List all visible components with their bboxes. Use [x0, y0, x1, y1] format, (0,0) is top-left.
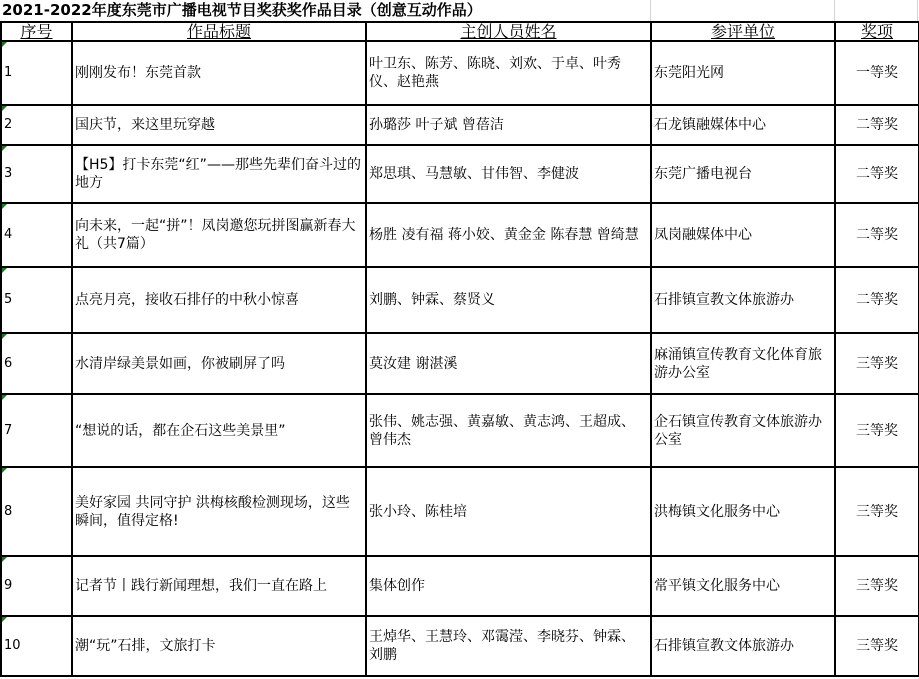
- cell-index[interactable]: 6: [1, 333, 72, 394]
- table-row: 1 刚刚发布！东莞首款 叶卫东、陈芳、陈晓、刘欢、于卓、叶秀仪、赵艳燕 东莞阳光…: [1, 41, 919, 105]
- cell-creators[interactable]: 莫汝建 谢湛溪: [366, 333, 651, 394]
- cell-creators[interactable]: 刘鹏、钟霖、蔡贤义: [366, 267, 651, 333]
- table-row: 6 水清岸绿美景如画，你被刷屏了吗 莫汝建 谢湛溪 麻涌镇宣传教育文化体育旅游办…: [1, 333, 919, 394]
- cell-award[interactable]: 三等奖: [835, 616, 919, 676]
- cell-work-title[interactable]: 国庆节，来这里玩穿越: [72, 105, 366, 145]
- cell-work-title[interactable]: 向未来，一起“拼”！凤岗邀您玩拼图赢新春大礼（共7篇）: [72, 203, 366, 267]
- cell-unit[interactable]: 洪梅镇文化服务中心: [651, 467, 835, 556]
- table-row: 2 国庆节，来这里玩穿越 孙璐莎 叶子斌 曾蓓洁 石龙镇融媒体中心 二等奖: [1, 105, 919, 145]
- cell-award[interactable]: 二等奖: [835, 105, 919, 145]
- cell-creators[interactable]: 杨胜 凌有福 蒋小姣、黄金金 陈春慧 曾绮慧: [366, 203, 651, 267]
- header-work-title[interactable]: 作品标题: [72, 22, 366, 41]
- cell-creators[interactable]: 郑思琪、马慧敏、甘伟智、李健波: [366, 145, 651, 203]
- cell-unit[interactable]: 麻涌镇宣传教育文化体育旅游办公室: [651, 333, 835, 394]
- table-row: 7 “想说的话，都在企石这些美景里” 张伟、姚志强、黄嘉敏、黄志鸿、王超成、曾伟…: [1, 394, 919, 467]
- cell-award[interactable]: 三等奖: [835, 467, 919, 556]
- cell-work-title[interactable]: 记者节丨践行新闻理想，我们一直在路上: [72, 556, 366, 616]
- sheet-title-row: 2021-2022年度东莞市广播电视节目奖获奖作品目录（创意互动作品）: [0, 0, 919, 22]
- cell-award[interactable]: 三等奖: [835, 333, 919, 394]
- table-row: 3 【H5】打卡东莞“红”——那些先辈们奋斗过的地方 郑思琪、马慧敏、甘伟智、李…: [1, 145, 919, 203]
- cell-work-title[interactable]: “想说的话，都在企石这些美景里”: [72, 394, 366, 467]
- cell-award[interactable]: 三等奖: [835, 556, 919, 616]
- table-row: 4 向未来，一起“拼”！凤岗邀您玩拼图赢新春大礼（共7篇） 杨胜 凌有福 蒋小姣…: [1, 203, 919, 267]
- awards-table: 序号 作品标题 主创人员姓名 参评单位 奖项 1 刚刚发布！东莞首款 叶卫东、陈…: [0, 21, 919, 677]
- cell-award[interactable]: 一等奖: [835, 41, 919, 105]
- cell-unit[interactable]: 石排镇宣教文体旅游办: [651, 616, 835, 676]
- cell-creators[interactable]: 张伟、姚志强、黄嘉敏、黄志鸿、王超成、曾伟杰: [366, 394, 651, 467]
- cell-unit[interactable]: 东莞阳光网: [651, 41, 835, 105]
- cell-work-title[interactable]: 【H5】打卡东莞“红”——那些先辈们奋斗过的地方: [72, 145, 366, 203]
- cell-work-title[interactable]: 点亮月亮，接收石排仔的中秋小惊喜: [72, 267, 366, 333]
- cell-index[interactable]: 9: [1, 556, 72, 616]
- cell-award[interactable]: 二等奖: [835, 203, 919, 267]
- cell-unit[interactable]: 石龙镇融媒体中心: [651, 105, 835, 145]
- cell-work-title[interactable]: 水清岸绿美景如画，你被刷屏了吗: [72, 333, 366, 394]
- cell-creators[interactable]: 王焯华、王慧玲、邓霭滢、李晓芬、钟霖、刘鹏: [366, 616, 651, 676]
- cell-creators[interactable]: 集体创作: [366, 556, 651, 616]
- header-row: 序号 作品标题 主创人员姓名 参评单位 奖项: [1, 22, 919, 41]
- cell-unit[interactable]: 石排镇宣教文体旅游办: [651, 267, 835, 333]
- cell-unit[interactable]: 东莞广播电视台: [651, 145, 835, 203]
- header-index[interactable]: 序号: [1, 22, 72, 41]
- cell-creators[interactable]: 孙璐莎 叶子斌 曾蓓洁: [366, 105, 651, 145]
- cell-creators[interactable]: 叶卫东、陈芳、陈晓、刘欢、于卓、叶秀仪、赵艳燕: [366, 41, 651, 105]
- cell-index[interactable]: 4: [1, 203, 72, 267]
- gridline: [917, 0, 918, 21]
- cell-creators[interactable]: 张小玲、陈桂培: [366, 467, 651, 556]
- cell-index[interactable]: 1: [1, 41, 72, 105]
- cell-award[interactable]: 二等奖: [835, 267, 919, 333]
- cell-index[interactable]: 10: [1, 616, 72, 676]
- table-row: 9 记者节丨践行新闻理想，我们一直在路上 集体创作 常平镇文化服务中心 三等奖: [1, 556, 919, 616]
- gridline: [650, 0, 651, 21]
- cell-index[interactable]: 2: [1, 105, 72, 145]
- cell-index[interactable]: 8: [1, 467, 72, 556]
- cell-work-title[interactable]: 潮“玩”石排，文旅打卡: [72, 616, 366, 676]
- header-unit[interactable]: 参评单位: [651, 22, 835, 41]
- table-row: 8 美好家园 共同守护 洪梅核酸检测现场，这些瞬间，值得定格! 张小玲、陈桂培 …: [1, 467, 919, 556]
- cell-award[interactable]: 三等奖: [835, 394, 919, 467]
- table-row: 10 潮“玩”石排，文旅打卡 王焯华、王慧玲、邓霭滢、李晓芬、钟霖、刘鹏 石排镇…: [1, 616, 919, 676]
- header-award[interactable]: 奖项: [835, 22, 919, 41]
- cell-unit[interactable]: 凤岗融媒体中心: [651, 203, 835, 267]
- table-row: 5 点亮月亮，接收石排仔的中秋小惊喜 刘鹏、钟霖、蔡贤义 石排镇宣教文体旅游办 …: [1, 267, 919, 333]
- header-creators[interactable]: 主创人员姓名: [366, 22, 651, 41]
- cell-work-title[interactable]: 刚刚发布！东莞首款: [72, 41, 366, 105]
- cell-award[interactable]: 二等奖: [835, 145, 919, 203]
- cell-work-title[interactable]: 美好家园 共同守护 洪梅核酸检测现场，这些瞬间，值得定格!: [72, 467, 366, 556]
- sheet-title[interactable]: 2021-2022年度东莞市广播电视节目奖获奖作品目录（创意互动作品）: [2, 1, 482, 20]
- cell-unit[interactable]: 常平镇文化服务中心: [651, 556, 835, 616]
- cell-index[interactable]: 7: [1, 394, 72, 467]
- cell-index[interactable]: 3: [1, 145, 72, 203]
- cell-index[interactable]: 5: [1, 267, 72, 333]
- gridline: [834, 0, 835, 21]
- cell-unit[interactable]: 企石镇宣传教育文体旅游办公室: [651, 394, 835, 467]
